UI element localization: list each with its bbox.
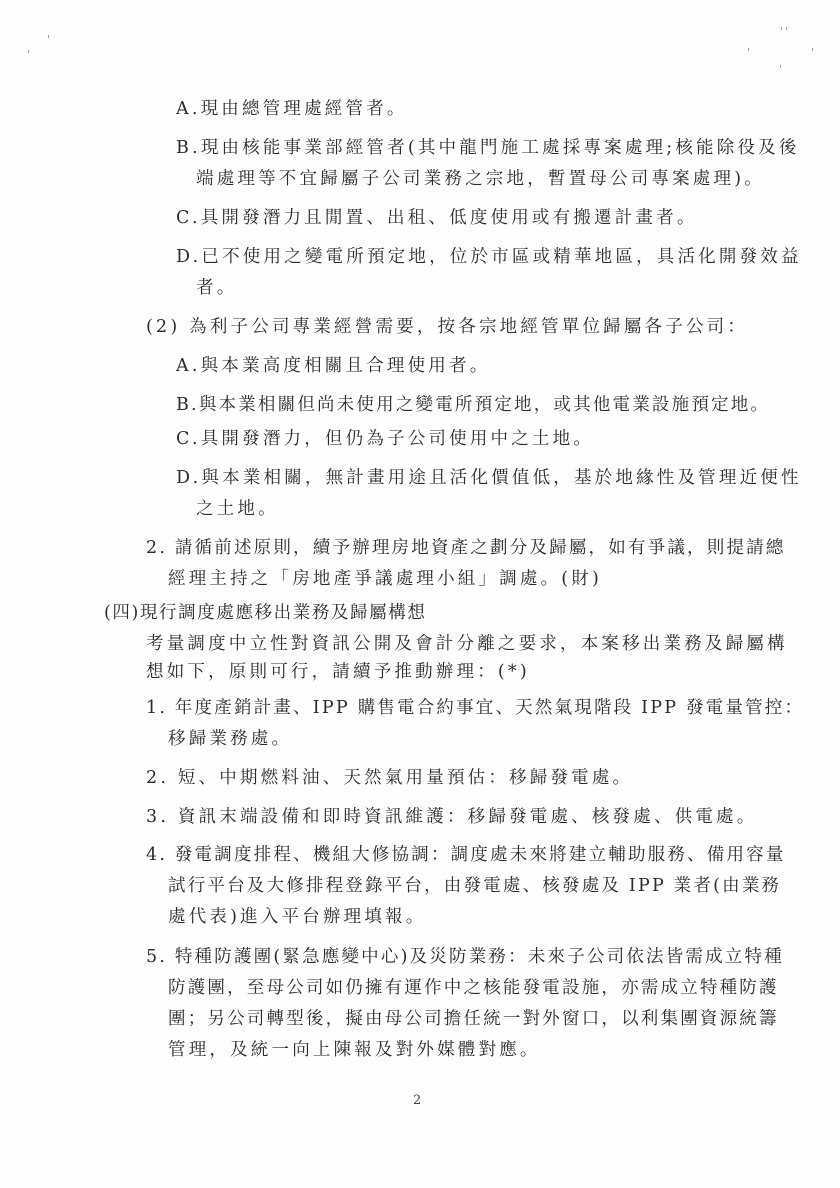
item-1c: C.具開發潛力且閒置、出租、低度使用或有搬遷計畫者。 xyxy=(176,206,698,230)
page-number: 2 xyxy=(413,1093,421,1108)
scan-speck xyxy=(748,48,749,51)
section-4-item-4-line2: 試行平台及大修排程登錄平台，由發電處、核發處及 IPP 業者(由業務 xyxy=(168,874,781,898)
section-4-item-5-line4: 管理，及統一向上陳報及對外媒體對應。 xyxy=(168,1038,541,1062)
section-4-heading: (四)現行調度處應移出業務及歸屬構想 xyxy=(104,601,426,625)
item-1b-line2: 端處理等不宜歸屬子公司業務之宗地，暫置母公司專案處理)。 xyxy=(196,167,765,191)
scan-speck xyxy=(786,27,787,30)
item-1d-line2: 者。 xyxy=(196,276,237,300)
scan-speck xyxy=(28,50,29,53)
point-2-line1: 2. 請循前述原則，續予辦理房地資產之劃分及歸屬，如有爭議，則提請總 xyxy=(146,536,786,560)
item-2c: C.具開發潛力，但仍為子公司使用中之土地。 xyxy=(176,427,594,451)
section-4-item-5-line2: 防護團，至母公司如仍擁有運作中之核能發電設施，亦需成立特種防護 xyxy=(168,976,779,1000)
section-4-intro-line2: 想如下，原則可行，請續予推動辦理：(*) xyxy=(146,660,530,684)
section-4-item-5-line3: 團；另公司轉型後，擬由母公司擔任統一對外窗口，以利集團資源統籌 xyxy=(168,1007,779,1031)
section-4-item-1-line1: 1. 年度產銷計畫、IPP 購售電合約事宜、天然氣現階段 IPP 發電量管控： xyxy=(146,696,804,720)
item-1b-line1: B.現由核能事業部經管者(其中龍門施工處採專案處理;核能除役及後 xyxy=(176,136,800,160)
subsection-2-heading: (2) 為利子公司專業經營需要，按各宗地經管單位歸屬各子公司： xyxy=(146,315,748,339)
section-4-item-5-line1: 5. 特種防護團(緊急應變中心)及災防業務：未來子公司依法皆需成立特種 xyxy=(146,945,784,969)
item-2a: A.與本業高度相關且合理使用者。 xyxy=(176,354,490,378)
scan-speck xyxy=(781,27,782,30)
scan-speck xyxy=(780,65,781,68)
item-1d-line1: D.已不使用之變電所預定地，位於市區或精華地區，具活化開發效益 xyxy=(176,245,802,269)
point-2-line2: 經理主持之「房地產爭議處理小組」調處。(財) xyxy=(168,567,602,591)
scan-speck xyxy=(48,35,49,38)
section-4-item-4-line1: 4. 發電調度排程、機組大修協調：調度處未來將建立輔助服務、備用容量 xyxy=(146,843,786,867)
section-4-item-1-line2: 移歸業務處。 xyxy=(168,727,292,751)
scan-speck xyxy=(812,48,813,51)
document-page: A.現由總管理處經管者。 B.現由核能事業部經管者(其中龍門施工處採專案處理;核… xyxy=(0,0,840,1188)
section-4-item-2: 2. 短、中期燃料油、天然氣用量預估：移歸發電處。 xyxy=(146,766,633,790)
item-2d-line1: D.與本業相關，無計畫用途且活化價值低，基於地緣性及管理近便性 xyxy=(176,466,802,490)
section-4-item-3: 3. 資訊末端設備和即時資訊維護：移歸發電處、核發處、供電處。 xyxy=(146,805,757,829)
item-2b: B.與本業相關但尚未使用之變電所預定地，或其他電業設施預定地。 xyxy=(176,393,770,417)
item-1a: A.現由總管理處經管者。 xyxy=(176,97,408,121)
section-4-intro-line1: 考量調度中立性對資訊公開及會計分離之要求，本案移出業務及歸屬構 xyxy=(146,632,788,656)
item-2d-line2: 之土地。 xyxy=(196,497,279,521)
section-4-item-4-line3: 處代表)進入平台辦理填報。 xyxy=(168,905,426,929)
